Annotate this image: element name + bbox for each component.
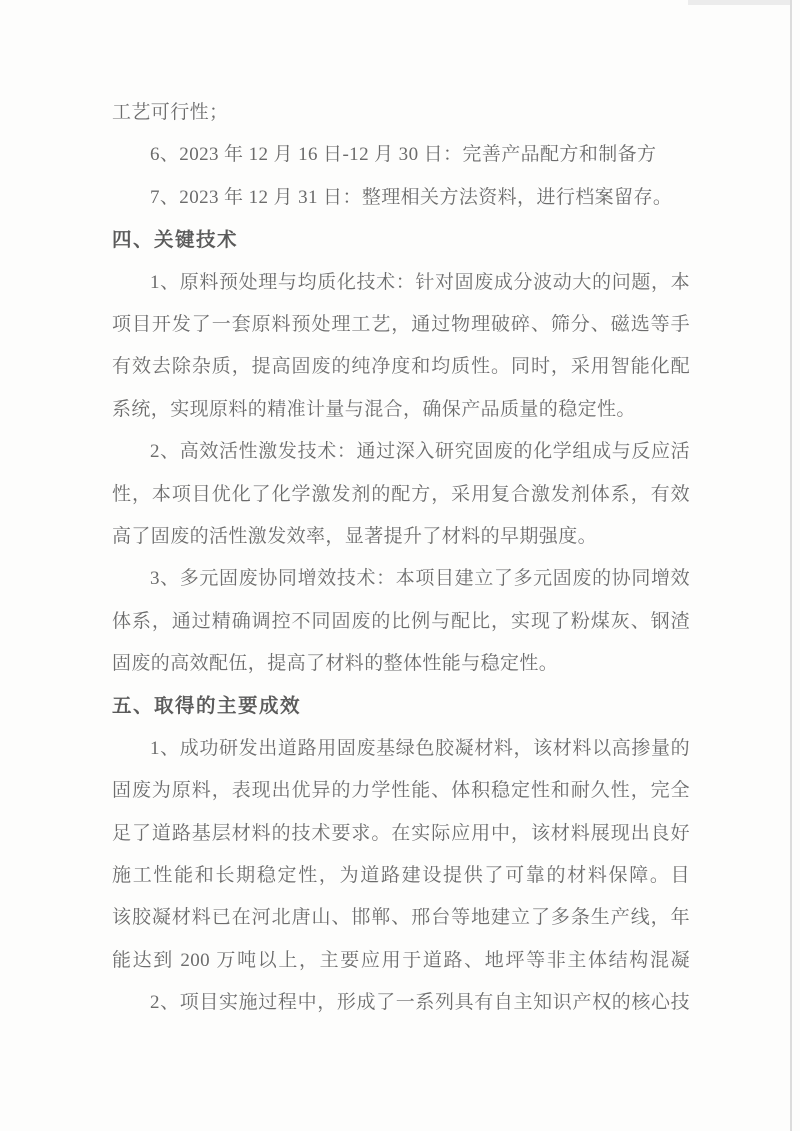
text-line: 体系，通过精确调控不同固废的比例与配比，实现了粉煤灰、钢渣等 [112,601,690,643]
text-line: 固废为原料，表现出优异的力学性能、体积稳定性和耐久性，完全满 [112,770,690,812]
section-heading: 五、取得的主要成效 [112,685,690,727]
text-line: 工艺可行性； [112,92,690,134]
text-line: 足了道路基层材料的技术要求。在实际应用中，该材料展现出良好的 [112,813,690,855]
text-line: 能达到 200 万吨以上，主要应用于道路、地坪等非主体结构混凝土。 [112,940,690,982]
text-line: 7、2023 年 12 月 31 日：整理相关方法资料，进行档案留存。 [112,177,690,219]
document-lines: 工艺可行性；6、2023 年 12 月 16 日-12 月 30 日：完善产品配… [112,92,690,1025]
text-line: 3、多元固废协同增效技术：本项目建立了多元固废的协同增效 [112,558,690,600]
text-line: 有效去除杂质，提高固废的纯净度和均质性。同时，采用智能化配料 [112,346,690,388]
text-line: 施工性能和长期稳定性，为道路建设提供了可靠的材料保障。目前， [112,855,690,897]
scan-corner-shade [688,0,790,5]
text-line: 性，本项目优化了化学激发剂的配方，采用复合激发剂体系，有效提 [112,474,690,516]
text-line: 固废的高效配伍，提高了材料的整体性能与稳定性。 [112,643,690,685]
text-line: 1、成功研发出道路用固废基绿色胶凝材料，该材料以高掺量的 [112,728,690,770]
text-line: 2、高效活性激发技术：通过深入研究固废的化学组成与反应活 [112,431,690,473]
text-line: 系统，实现原料的精准计量与混合，确保产品质量的稳定性。 [112,389,690,431]
text-line: 该胶凝材料已在河北唐山、邯郸、邢台等地建立了多条生产线，年产 [112,897,690,939]
text-line: 6、2023 年 12 月 16 日-12 月 30 日：完善产品配方和制备方法… [112,134,690,176]
text-line: 2、项目实施过程中，形成了一系列具有自主知识产权的核心技 [112,982,690,1024]
text-line: 1、原料预处理与均质化技术：针对固废成分波动大的问题，本 [112,262,690,304]
text-line: 项目开发了一套原料预处理工艺，通过物理破碎、筛分、磁选等手段， [112,304,690,346]
text-line: 高了固废的活性激发效率，显著提升了材料的早期强度。 [112,516,690,558]
scan-edge-line [790,0,792,1131]
section-heading: 四、关键技术 [112,219,690,261]
document-page: 工艺可行性；6、2023 年 12 月 16 日-12 月 30 日：完善产品配… [0,0,800,1131]
